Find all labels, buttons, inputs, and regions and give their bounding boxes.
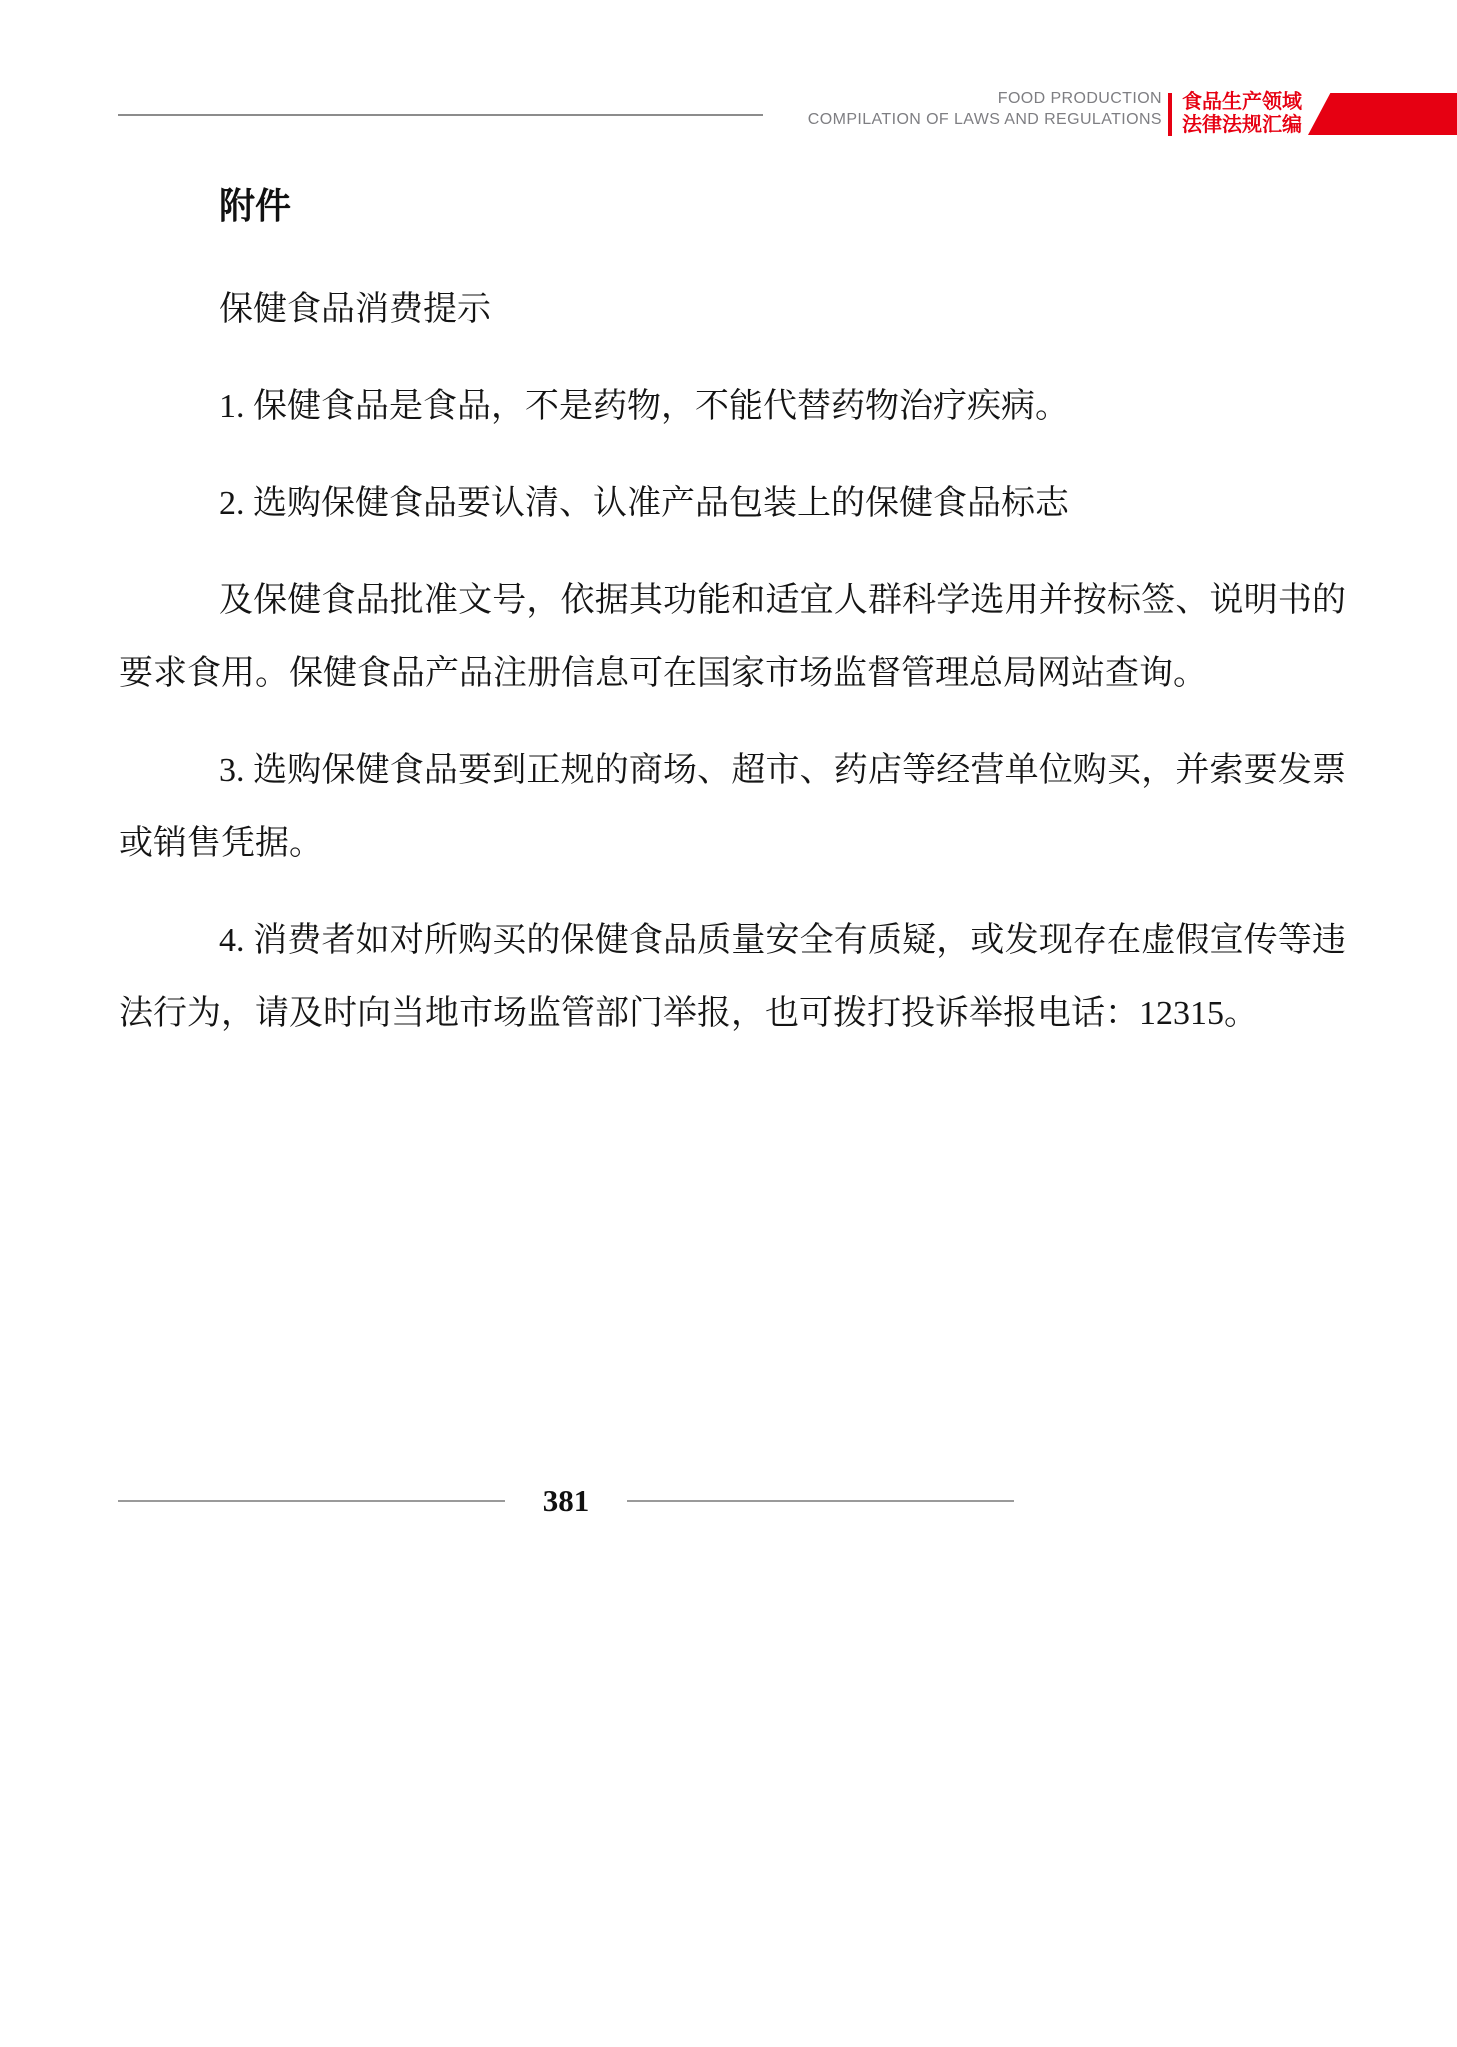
page-footer: 381 (118, 1484, 1014, 1518)
paragraph-item-1: 1. 保健食品是食品，不是药物，不能代替药物治疗疾病。 (119, 370, 1346, 443)
attachment-heading: 附件 (119, 184, 1346, 228)
footer-left-rule (118, 1500, 505, 1502)
header-red-divider (1168, 93, 1172, 136)
document-body: 附件 保健食品消费提示 1. 保健食品是食品，不是药物，不能代替药物治疗疾病。 … (119, 160, 1346, 1074)
header-red-flag-shape (1308, 93, 1457, 135)
header-horizontal-rule (118, 114, 763, 116)
header-english-line2: COMPILATION OF LAWS AND REGULATIONS (808, 109, 1162, 130)
header-chinese-line2: 法律法规汇编 (1182, 114, 1302, 137)
header-english-title: FOOD PRODUCTION COMPILATION OF LAWS AND … (808, 88, 1162, 130)
paragraph-item-3: 3. 选购保健食品要到正规的商场、超市、药店等经营单位购买，并索要发票或销售凭据… (119, 734, 1346, 880)
document-title: 保健食品消费提示 (119, 273, 1346, 346)
header-chinese-line1: 食品生产领域 (1182, 91, 1302, 114)
page-number: 381 (543, 1484, 590, 1518)
header-chinese-title: 食品生产领域 法律法规汇编 (1182, 91, 1302, 137)
paragraph-item-4: 4. 消费者如对所购买的保健食品质量安全有质疑，或发现存在虚假宣传等违法行为，请… (119, 904, 1346, 1050)
paragraph-item-2-continued: 及保健食品批准文号，依据其功能和适宜人群科学选用并按标签、说明书的要求食用。保健… (119, 564, 1346, 710)
document-page: FOOD PRODUCTION COMPILATION OF LAWS AND … (0, 0, 1457, 2047)
header-english-line1: FOOD PRODUCTION (808, 88, 1162, 109)
paragraph-item-2: 2. 选购保健食品要认清、认准产品包装上的保健食品标志 (119, 467, 1346, 540)
footer-right-rule (627, 1500, 1014, 1502)
